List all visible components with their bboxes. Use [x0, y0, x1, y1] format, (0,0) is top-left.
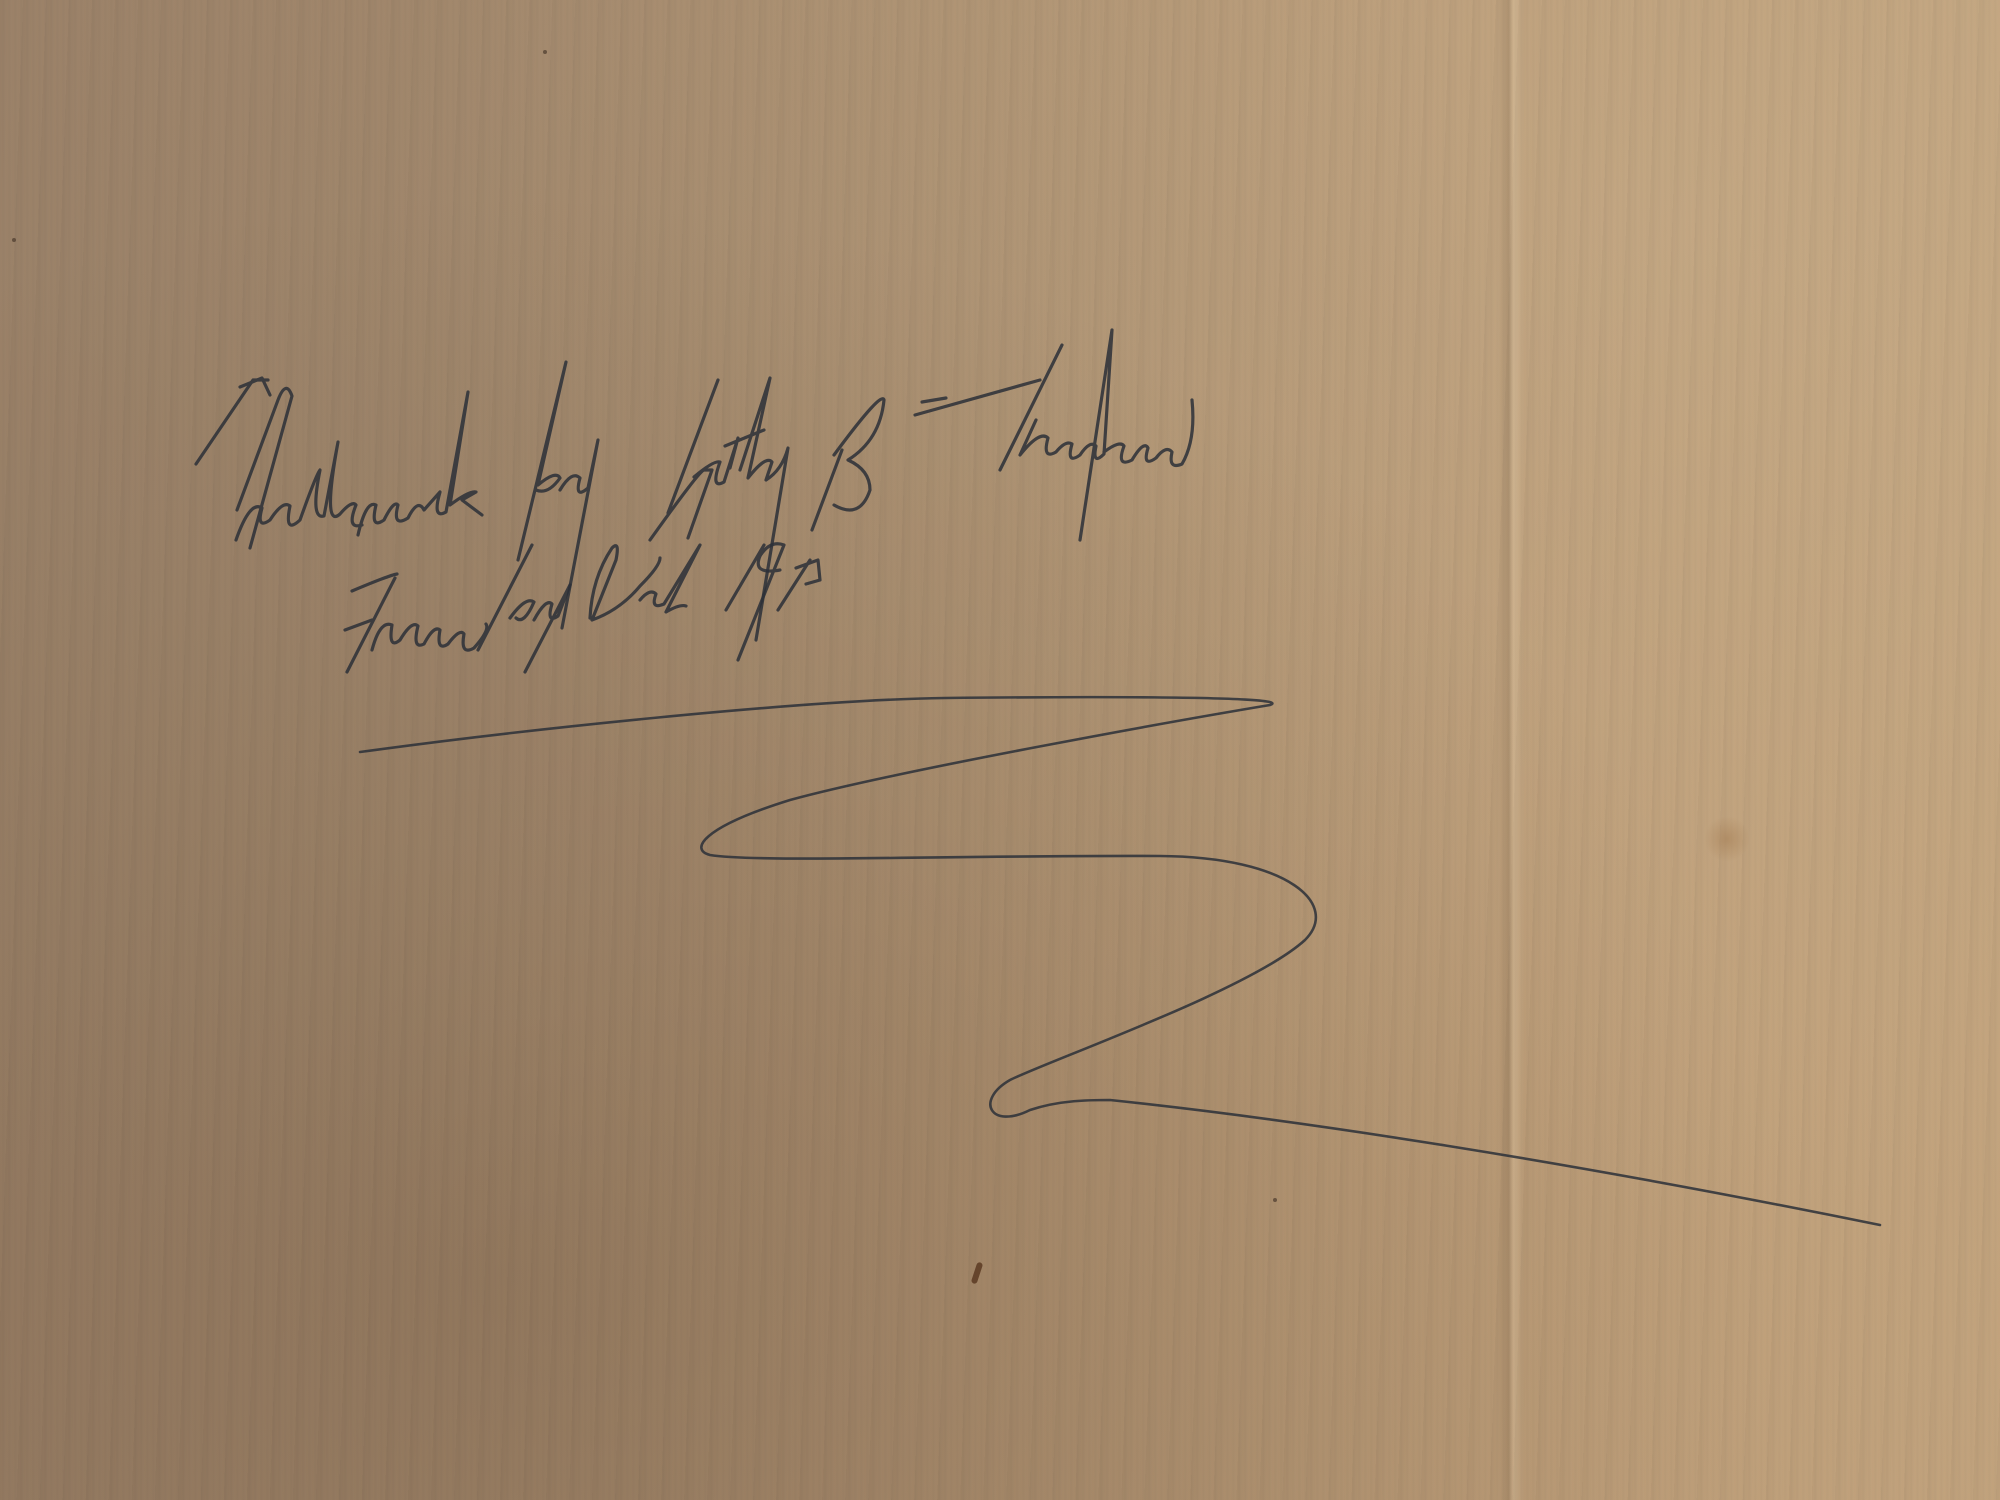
handwriting-layer: [0, 0, 2000, 1500]
inscription-line-2-strokes: [345, 544, 820, 672]
inscription-line-1-strokes: [196, 330, 1193, 640]
scribble-line: [360, 697, 1880, 1225]
kraft-paper-backing: Needle work by Kathy B Thompson Frame by…: [0, 0, 2000, 1500]
